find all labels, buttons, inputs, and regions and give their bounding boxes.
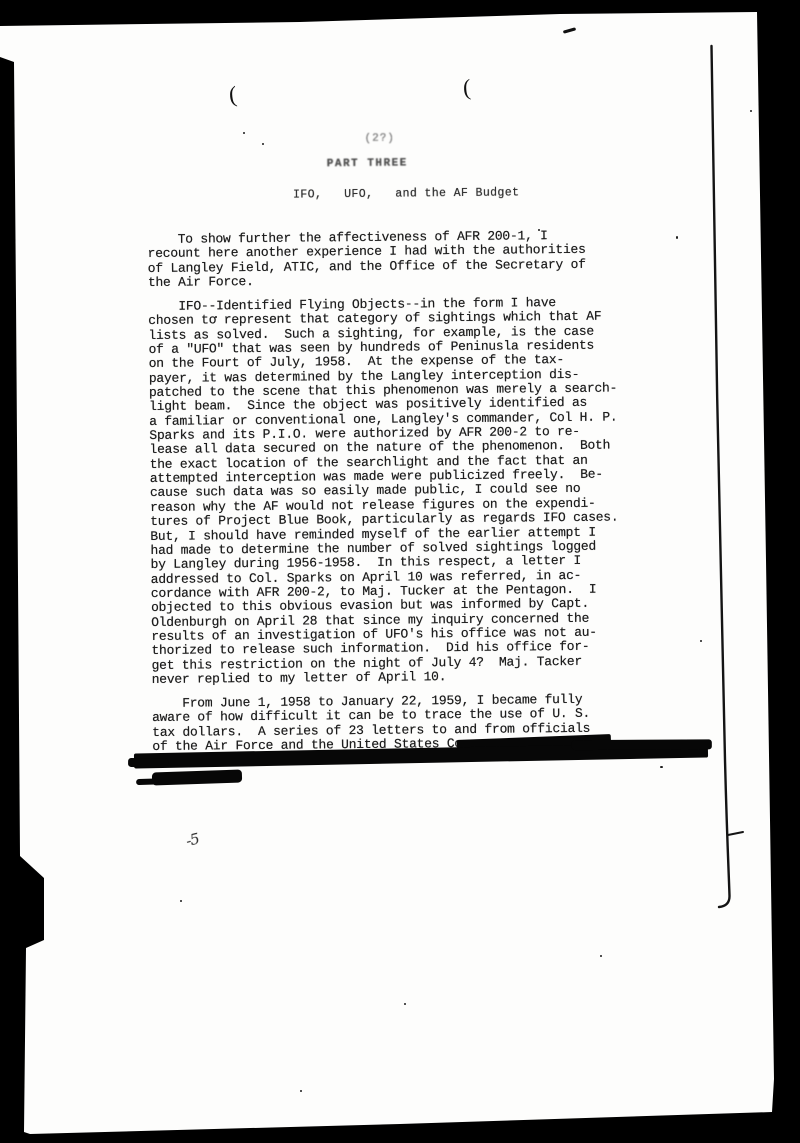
scan-canvas: (2?) PART THREE IFO, UFO, and the AF Bud… bbox=[0, 0, 800, 1143]
scan-speck bbox=[300, 1090, 302, 1092]
scan-speck bbox=[243, 132, 245, 134]
scan-speck bbox=[750, 110, 752, 112]
scan-speck bbox=[660, 766, 663, 768]
faint-page-mark: (2?) bbox=[364, 133, 395, 145]
paragraph-1: To show further the affectiveness of AFR… bbox=[147, 229, 586, 291]
document-title: IFO, UFO, and the AF Budget bbox=[293, 186, 519, 201]
scan-speck bbox=[262, 143, 264, 145]
typed-content: (2?) PART THREE IFO, UFO, and the AF Bud… bbox=[0, 0, 800, 1143]
scan-speck bbox=[448, 472, 450, 474]
part-heading: PART THREE bbox=[327, 158, 408, 171]
scan-speck bbox=[600, 955, 602, 957]
scan-speck bbox=[404, 1003, 406, 1005]
scan-speck bbox=[180, 900, 182, 902]
paragraph-2: IFO--Identified Flying Objects--in the f… bbox=[148, 296, 620, 688]
paragraph-3: From June 1, 1958 to January 22, 1959, I… bbox=[152, 693, 590, 740]
scan-speck bbox=[700, 640, 702, 642]
scan-speck bbox=[676, 236, 678, 239]
scan-speck bbox=[215, 316, 217, 318]
scan-speck bbox=[538, 229, 540, 231]
